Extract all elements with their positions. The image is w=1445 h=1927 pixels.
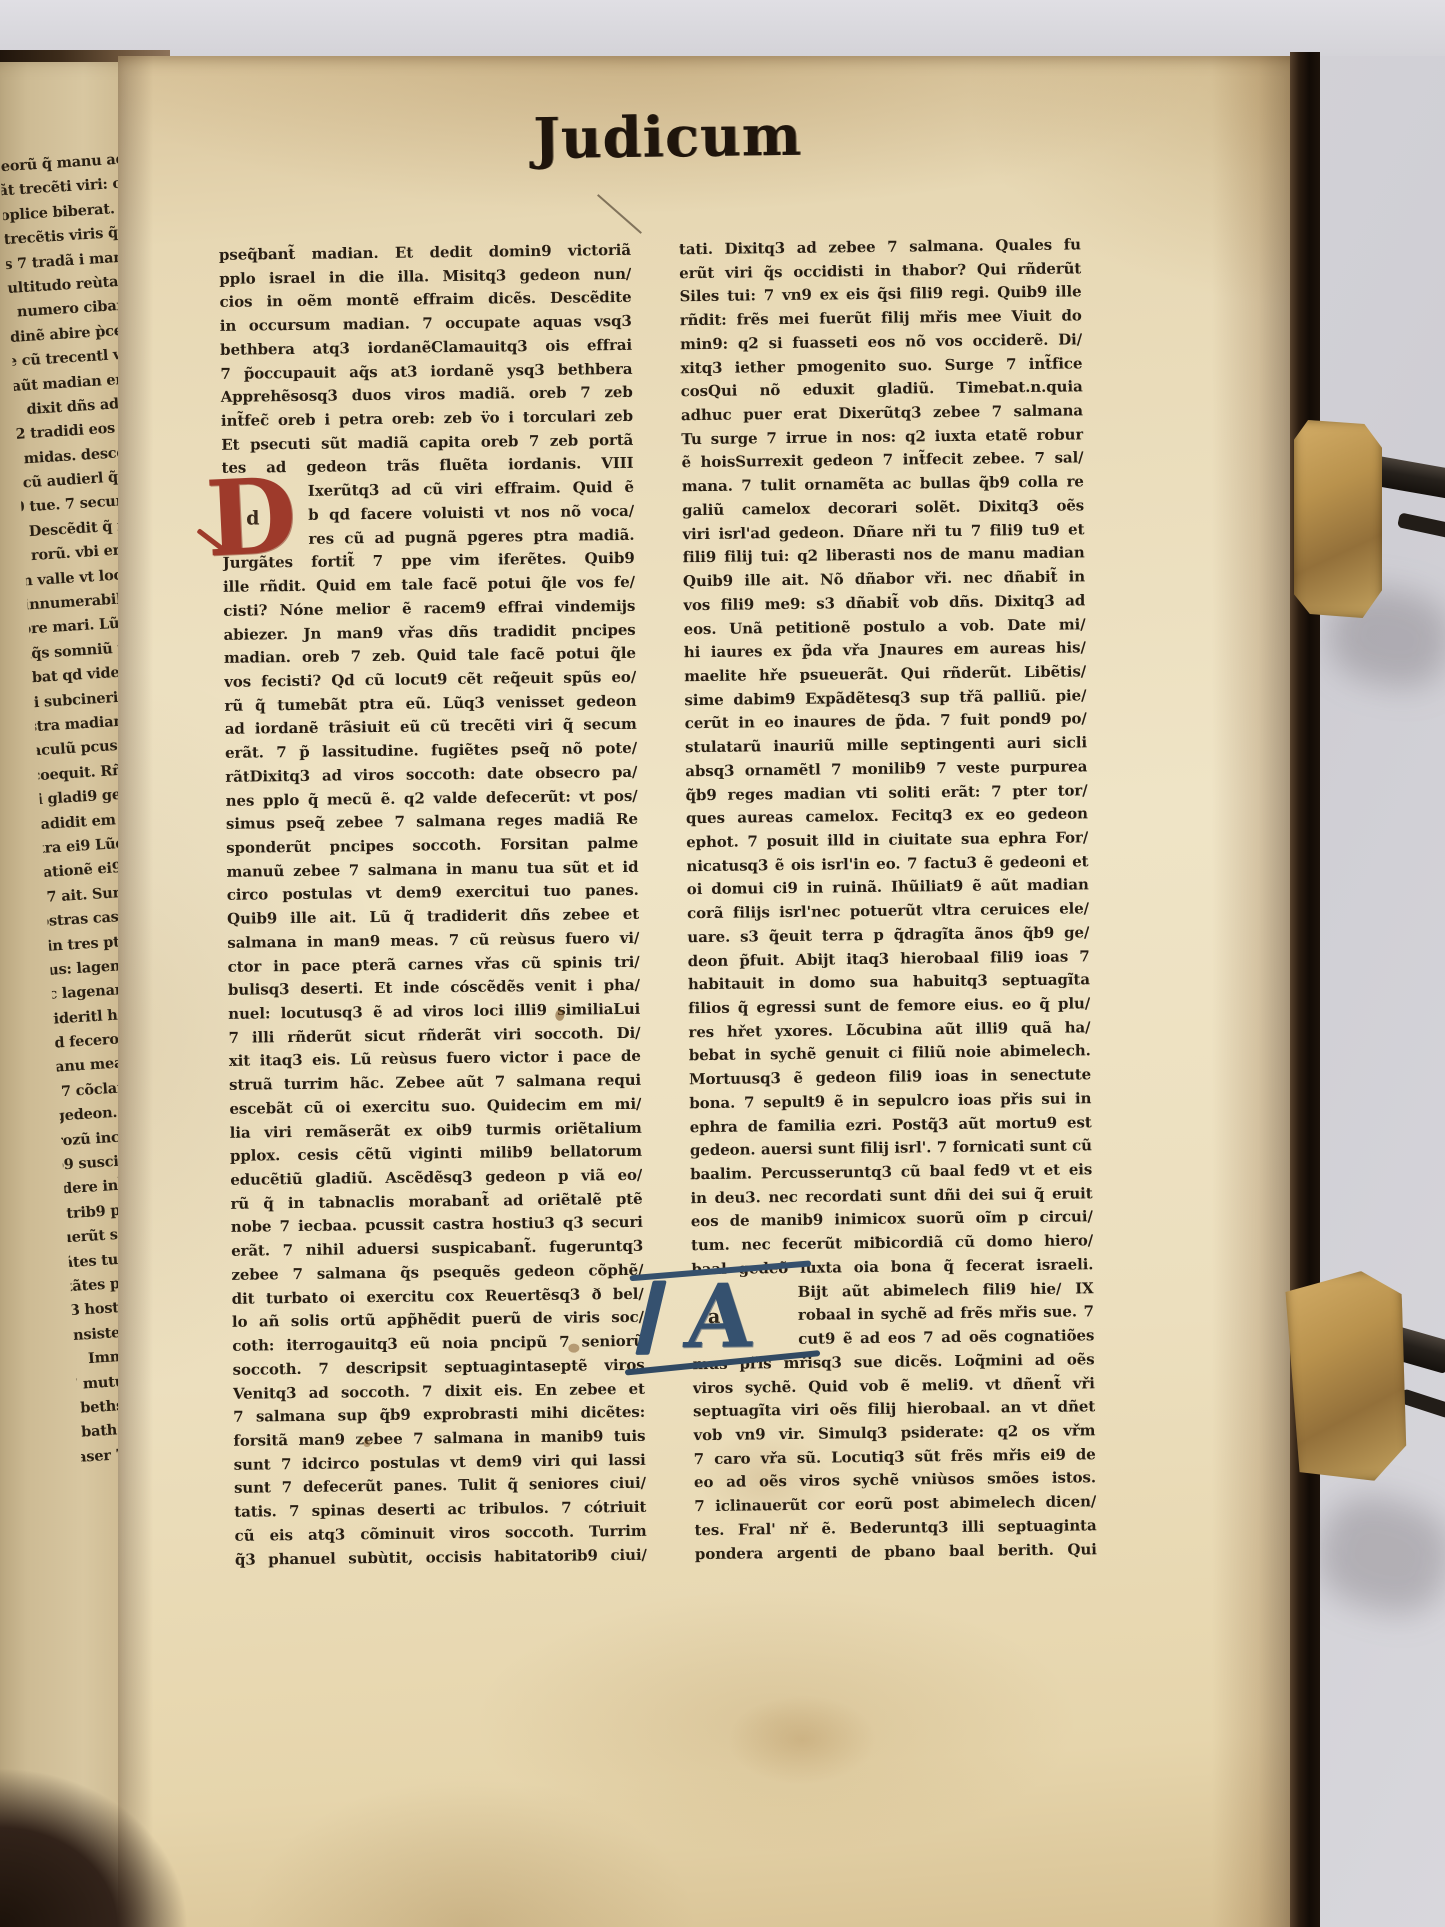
clasp-strap-lower-second [1399,1388,1445,1418]
stain [727,1694,878,1786]
chapter-initial-a: A a [633,1265,820,1367]
stain [363,1440,370,1447]
brass-clasp-lower [1285,1269,1412,1485]
stain [555,1010,564,1021]
text-line: q̃3 phanuel subùtit, occisis habitatorib… [235,1543,647,1572]
clasp-shadow-lower [1307,1484,1445,1626]
page-recto: Judicum pseq̃bant̃ madian. Et dedit domi… [118,56,1294,1927]
book-photo: eorũ q̃ manu ad osrãt trecẽti viri: ois … [0,0,1445,1927]
stain [568,1344,579,1353]
guide-letter-a: a [708,1306,721,1328]
ink-stroke [597,194,642,234]
text-line: robaal in sychẽ ad frẽs mřis sue. 7 lo [798,1301,1094,1328]
page-content: Judicum pseq̃bant̃ madian. Et dedit domi… [107,49,1306,1927]
text-line: Bijt aũt abimelech fili9 hie/ IX [798,1277,1094,1304]
brass-clasp-upper [1294,420,1382,618]
text-line: b qd facere voluisti vt nos nõ voca/ [308,500,634,528]
text-column-left-lines: pseq̃bant̃ madian. Et dedit domin9 victo… [219,239,647,1572]
text-column-left: pseq̃bant̃ madian. Et dedit domin9 victo… [219,239,647,1572]
guide-letter-d: d [246,507,260,529]
clasp-strap-upper-second [1397,512,1445,538]
table-surface [0,0,1445,56]
book-fore-edge [1290,52,1320,1927]
text-line: cut9 ẽ ad eos 7 ad oẽs cognatiões do [798,1324,1094,1351]
running-title: Judicum [437,102,898,174]
text-line: pondera argenti de pbano baal berith. Qu… [695,1538,1097,1567]
initial-a-left-stroke [635,1281,667,1355]
book-corner-shadow [0,1720,230,1927]
chapter-initial-d: D d [206,475,301,580]
